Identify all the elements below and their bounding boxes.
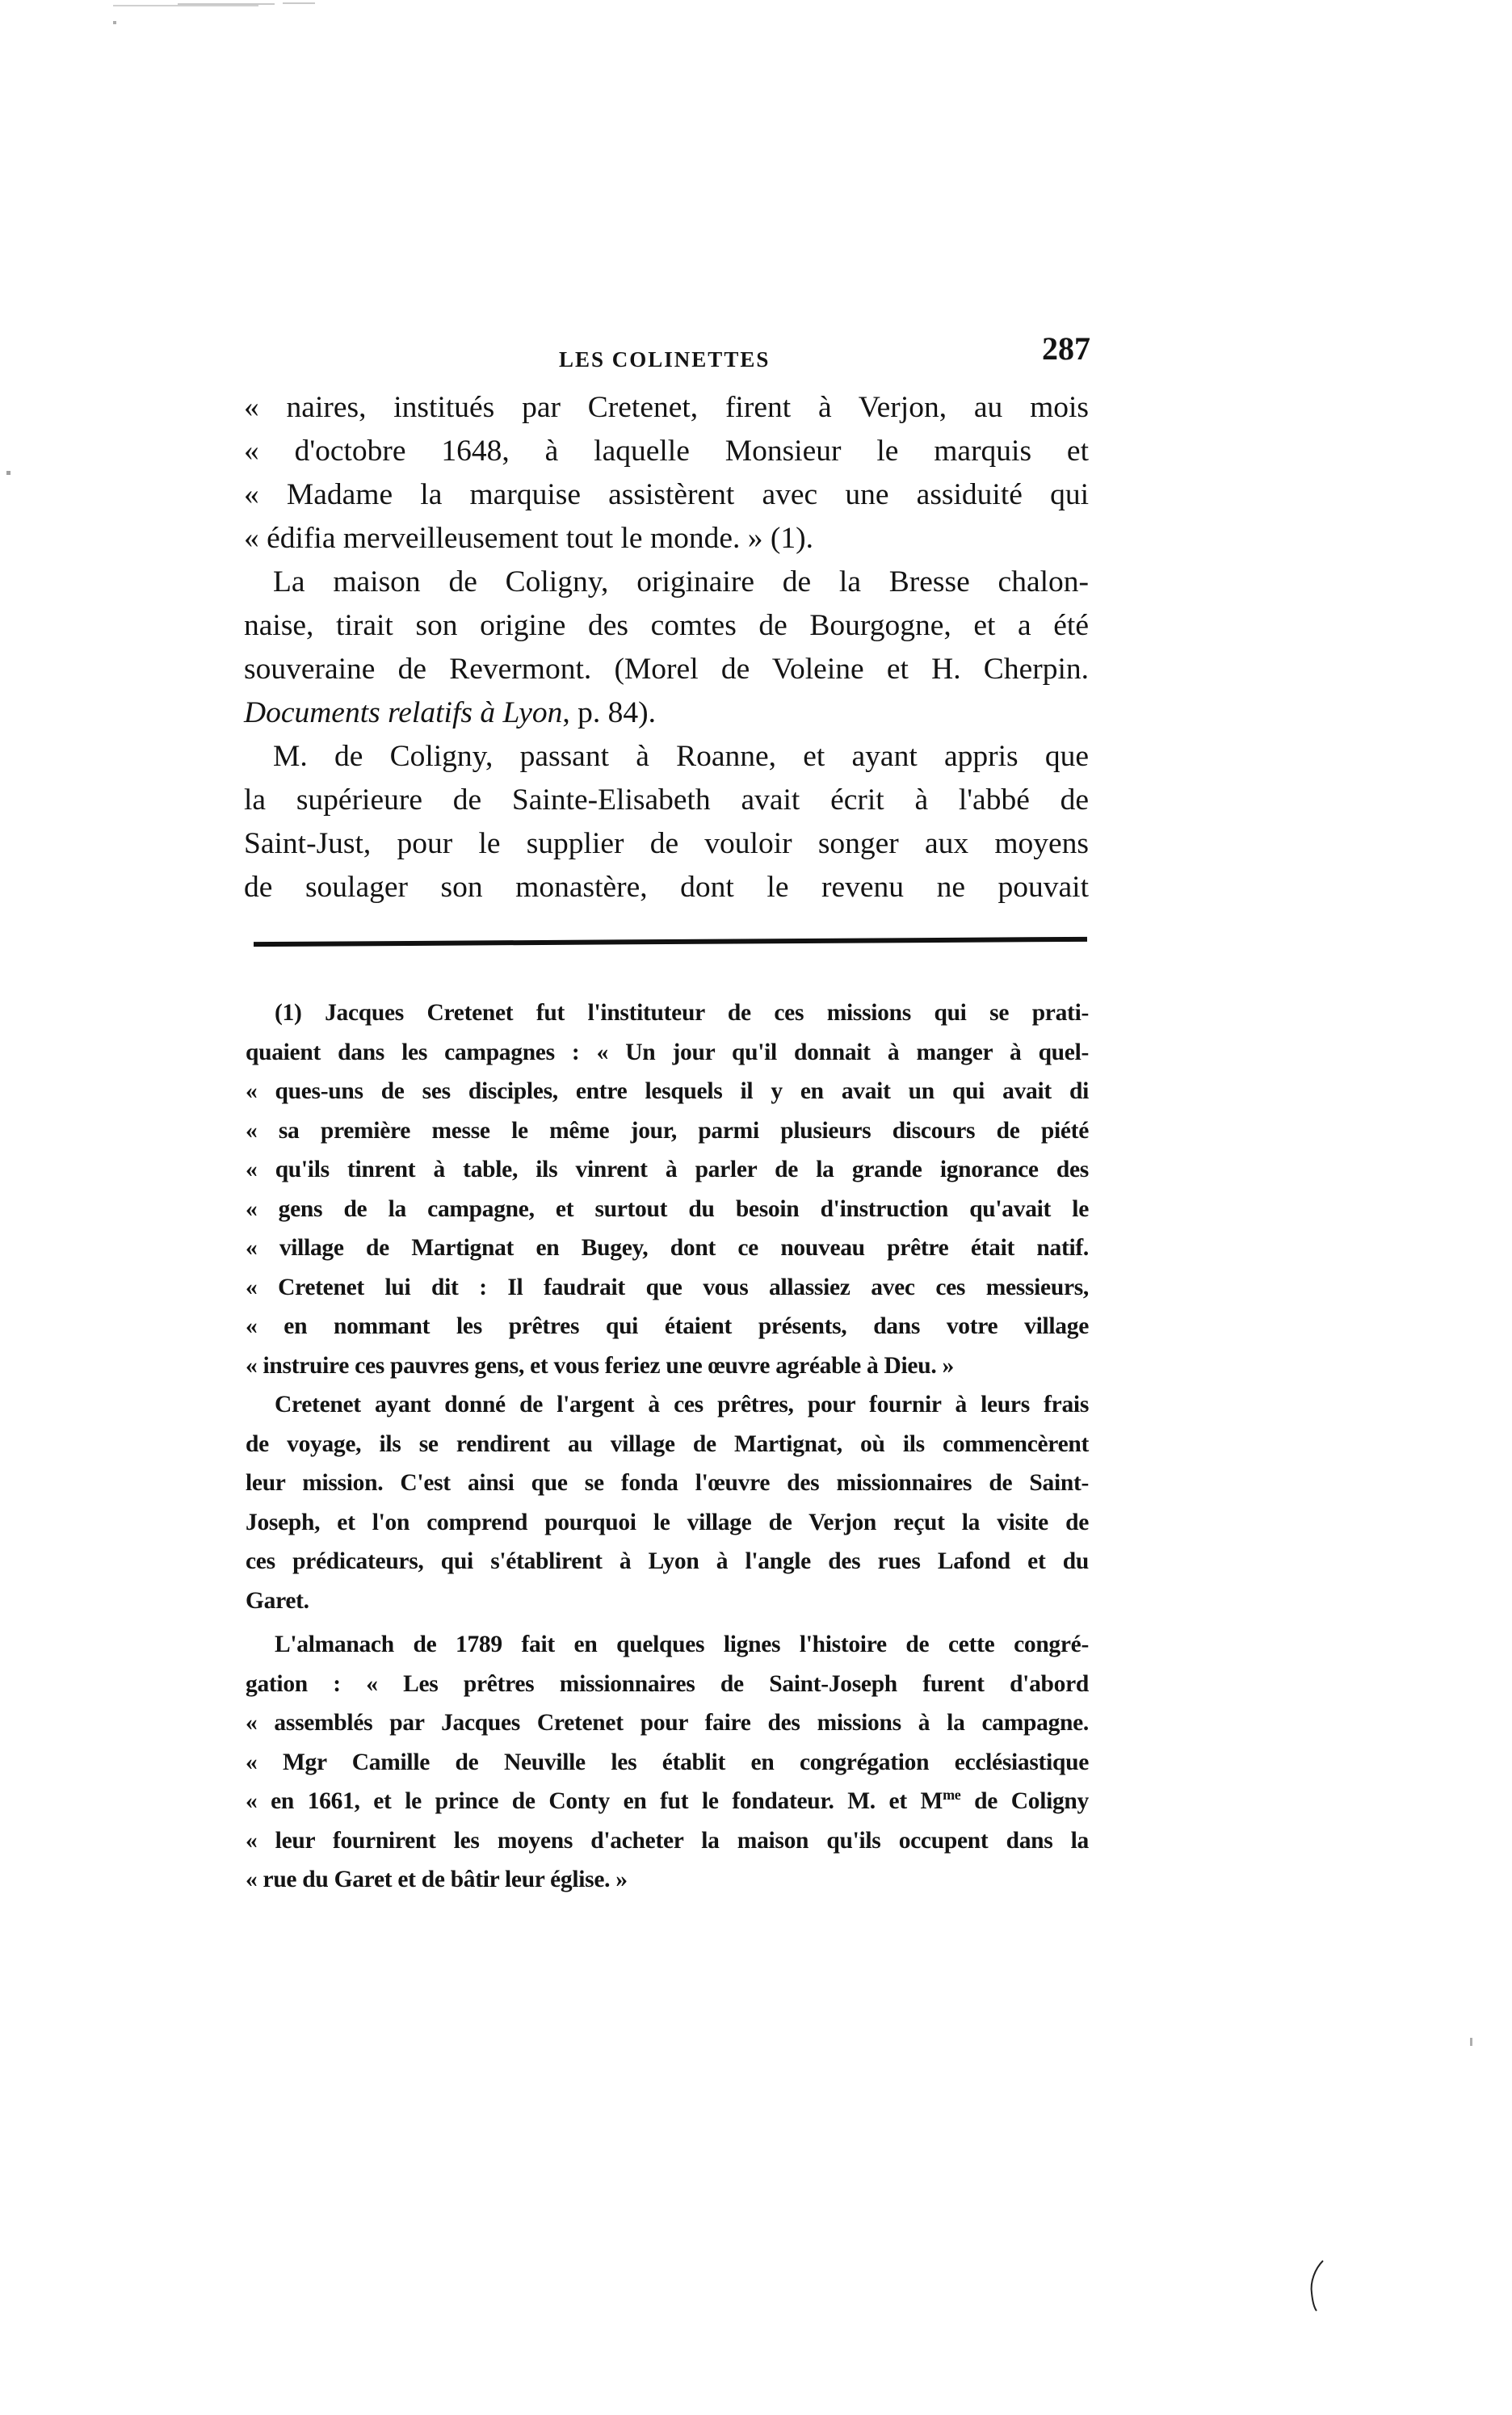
running-title: LES COLINETTES bbox=[559, 347, 770, 372]
footnote-line: « village de Martignat en Bugey, dont ce… bbox=[246, 1228, 1089, 1268]
text-line: la supérieure de Sainte-Elisabeth avait … bbox=[244, 779, 1089, 822]
footnote-text: « en 1661, et le prince de Conty en fut … bbox=[246, 1788, 943, 1814]
text-line: souveraine de Revermont. (Morel de Volei… bbox=[244, 648, 1089, 691]
text-line: « édifia merveilleusement tout le monde.… bbox=[244, 517, 1089, 561]
footnote-line: « leur fournirent les moyens d'acheter l… bbox=[246, 1821, 1089, 1861]
citation-page: , p. 84). bbox=[562, 696, 656, 729]
text-line: « naires, institués par Cretenet, firent… bbox=[244, 386, 1089, 430]
text-line: « d'octobre 1648, à laquelle Monsieur le… bbox=[244, 430, 1089, 473]
footnote-separator-rule bbox=[254, 937, 1087, 947]
footnote-line: « assemblés par Jacques Cretenet pour fa… bbox=[246, 1703, 1089, 1743]
scan-noise bbox=[178, 3, 275, 5]
scan-noise bbox=[113, 5, 258, 6]
footnote-line: « Cretenet lui dit : Il faudrait que vou… bbox=[246, 1268, 1089, 1308]
footnote-line: gation : « Les prêtres missionnaires de … bbox=[246, 1665, 1089, 1704]
text-line: Saint-Just, pour le supplier de vouloir … bbox=[244, 822, 1089, 866]
page-header: LES COLINETTES 287 bbox=[242, 330, 1090, 378]
footnote-line: L'almanach de 1789 fait en quelques lign… bbox=[246, 1625, 1089, 1665]
footnote-line: « rue du Garet et de bâtir leur église. … bbox=[246, 1860, 1089, 1900]
footnote-line: « en nommant les prêtres qui étaient pré… bbox=[246, 1307, 1089, 1346]
scan-noise bbox=[6, 471, 10, 475]
footnote-line: Joseph, et l'on comprend pourquoi le vil… bbox=[246, 1503, 1089, 1543]
footnote-line: « instruire ces pauvres gens, et vous fe… bbox=[246, 1346, 1089, 1386]
text-line: de soulager son monastère, dont le reven… bbox=[244, 866, 1089, 909]
footnote-line: Garet. bbox=[246, 1581, 1089, 1621]
scan-noise bbox=[113, 21, 116, 24]
footnote-line: leur mission. C'est ainsi que se fonda l… bbox=[246, 1464, 1089, 1503]
text-line: « Madame la marquise assistèrent avec un… bbox=[244, 473, 1089, 517]
footnote-line: de voyage, ils se rendirent au village d… bbox=[246, 1425, 1089, 1464]
footnote-line: ces prédicateurs, qui s'établirent à Lyo… bbox=[246, 1542, 1089, 1581]
abbreviation-superscript: me bbox=[943, 1787, 960, 1803]
scan-noise bbox=[283, 2, 315, 4]
footnote-line: « Mgr Camille de Neuville les établit en… bbox=[246, 1743, 1089, 1783]
footnotes: (1) Jacques Cretenet fut l'instituteur d… bbox=[246, 993, 1089, 1900]
footnote-line: « en 1661, et le prince de Conty en fut … bbox=[246, 1782, 1089, 1821]
footnote-line: « qu'ils tinrent à table, ils vinrent à … bbox=[246, 1150, 1089, 1190]
pen-mark-icon bbox=[1307, 2257, 1326, 2314]
footnote-line: (1) Jacques Cretenet fut l'instituteur d… bbox=[246, 993, 1089, 1033]
footnote-line: Cretenet ayant donné de l'argent à ces p… bbox=[246, 1385, 1089, 1425]
scan-noise bbox=[1470, 2038, 1472, 2046]
footnote-line: « gens de la campagne, et surtout du bes… bbox=[246, 1190, 1089, 1229]
citation-title: Documents relatifs à Lyon bbox=[244, 696, 562, 729]
footnote-line: quaient dans les campagnes : « Un jour q… bbox=[246, 1033, 1089, 1073]
page-number: 287 bbox=[1042, 330, 1090, 367]
text-line: naise, tirait son origine des comtes de … bbox=[244, 604, 1089, 648]
footnote-line: « ques-uns de ses disciples, entre lesqu… bbox=[246, 1072, 1089, 1111]
footnote-text: de Coligny bbox=[960, 1788, 1089, 1814]
citation-line: Documents relatifs à Lyon, p. 84). bbox=[244, 691, 1089, 735]
text-line: La maison de Coligny, originaire de la B… bbox=[244, 561, 1089, 604]
text-line: M. de Coligny, passant à Roanne, et ayan… bbox=[244, 735, 1089, 779]
footnote-line: « sa première messe le même jour, parmi … bbox=[246, 1111, 1089, 1151]
main-body-text: « naires, institués par Cretenet, firent… bbox=[244, 386, 1089, 909]
scanned-book-page: LES COLINETTES 287 « naires, institués p… bbox=[0, 0, 1512, 2415]
